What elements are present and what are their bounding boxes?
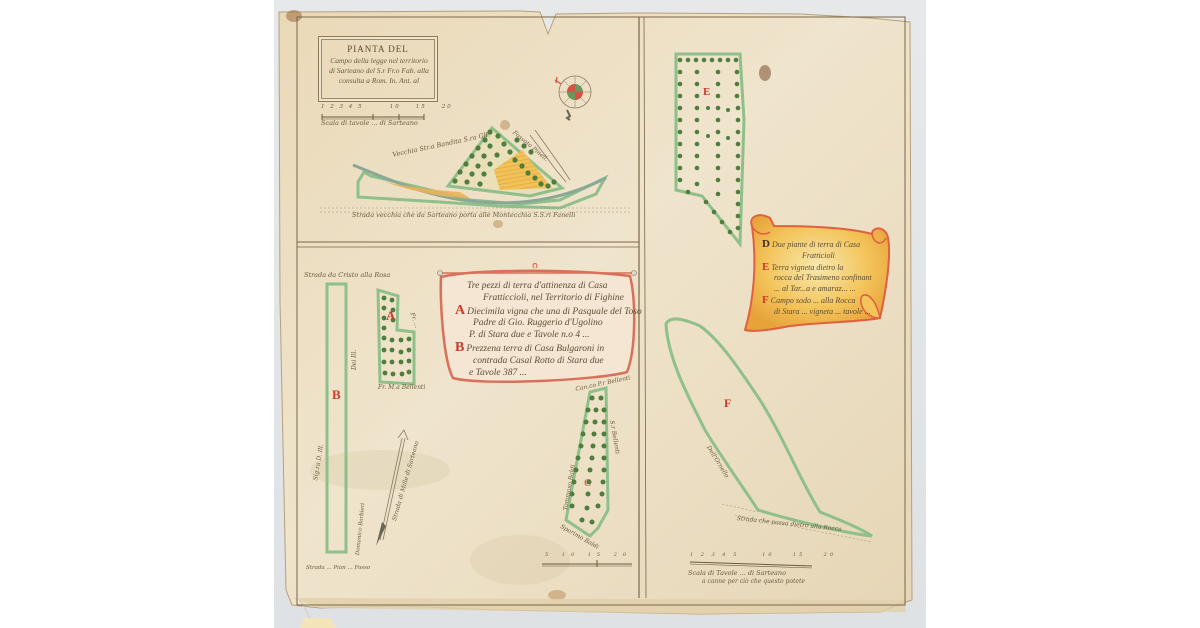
scale-label-top-left: Scala di tavole ... di Sarteano — [321, 120, 418, 127]
road-label-header: Strada da Cristo alla Rosa — [304, 272, 390, 279]
cartouche-letter-a: A — [455, 303, 465, 318]
scale-ticks-top-left: 1 2 3 4 5 10 15 20 — [321, 105, 453, 111]
cartouche-letter-b: B — [455, 340, 464, 355]
cartouche-scroll-text: DDue piante di terra di Casa Fratticioli… — [762, 239, 872, 318]
label-bottom-road: Strada ... Pian ... Fosso — [306, 566, 370, 572]
map-title: PIANTA DEL — [319, 44, 437, 54]
label-a-left: Dei Ill. — [352, 350, 358, 370]
label-a-bottom: Fr. M.a Bellenti — [378, 385, 425, 391]
plot-label-a: A — [386, 308, 395, 324]
map-subtitle: Campo della legge nel territorio di Sart… — [325, 56, 433, 86]
cartouche-letter-f: F — [762, 294, 769, 306]
plot-label-b: B — [332, 387, 341, 403]
scale-label-right-2: a canne per ciò che questo potete — [702, 579, 805, 585]
cartouche-letter-d: D — [762, 238, 770, 250]
plot-label-c: C — [584, 478, 591, 489]
scale-ticks-right: 1 2 3 4 5 10 15 20 — [690, 553, 836, 558]
plot-label-f: F — [724, 396, 731, 411]
plot-label-e: E — [703, 86, 710, 98]
title-cartouche: PIANTA DEL Campo della legge nel territo… — [318, 36, 438, 102]
cartouche-letter-e: E — [762, 261, 769, 273]
scale-label-right-1: Scala di Tavole ... di Sarteano — [688, 570, 786, 577]
cartouche-red-text: Tre pezzi di terra d'attinenza di Casa F… — [455, 281, 642, 379]
scale-ticks-bottom-left: 5 10 15 20 — [545, 553, 632, 558]
road-label-bottom: Strada vecchia che da Sarteano porta all… — [352, 212, 575, 219]
